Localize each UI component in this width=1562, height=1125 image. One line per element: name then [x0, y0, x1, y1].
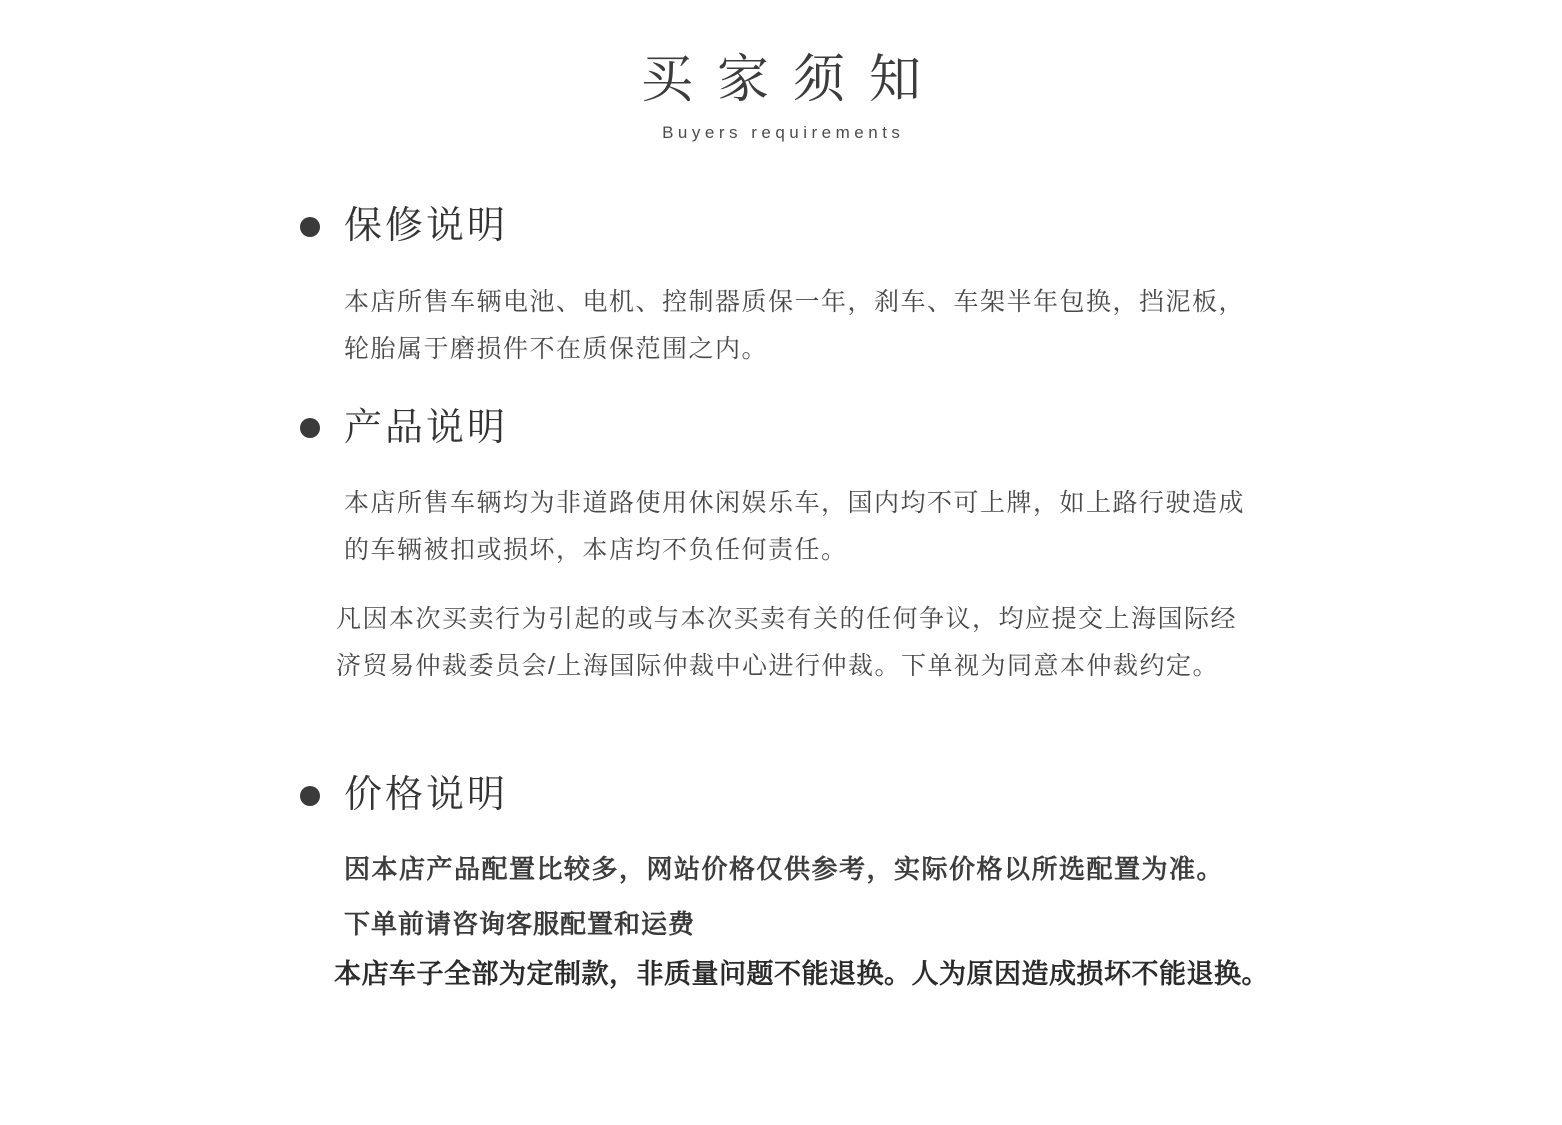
product-paragraph-usage: 本店所售车辆均为非道路使用休闲娱乐车，国内均不可上牌，如上路行驶造成 的车辆被扣…: [344, 480, 1310, 574]
product-paragraph-arbitration: 凡因本次买卖行为引起的或与本次买卖有关的任何争议，均应提交上海国际经 济贸易仲裁…: [336, 596, 1310, 690]
bullet-icon: [300, 418, 320, 438]
section-price: 价格说明 因本店产品配置比较多，网站价格仅供参考，实际价格以所选配置为准。 下单…: [300, 772, 1310, 998]
page-title: 买家须知: [0, 52, 1562, 109]
bullet-icon: [300, 786, 320, 806]
section-price-heading: 价格说明: [344, 772, 508, 820]
section-warranty-heading: 保修说明: [344, 203, 508, 251]
section-product: 产品说明 本店所售车辆均为非道路使用休闲娱乐车，国内均不可上牌，如上路行驶造成 …: [300, 405, 1310, 691]
section-warranty-heading-row: 保修说明: [300, 203, 1310, 251]
warranty-paragraph: 本店所售车辆电池、电机、控制器质保一年，刹车、车架半年包换，挡泥板， 轮胎属于磨…: [344, 279, 1310, 373]
page-subtitle: Buyers requirements: [0, 123, 1562, 143]
section-warranty-body: 本店所售车辆电池、电机、控制器质保一年，刹车、车架半年包换，挡泥板， 轮胎属于磨…: [344, 279, 1310, 373]
section-product-heading-row: 产品说明: [300, 405, 1310, 453]
section-price-heading-row: 价格说明: [300, 772, 1310, 820]
section-price-body: 因本店产品配置比较多，网站价格仅供参考，实际价格以所选配置为准。 下单前请咨询客…: [344, 844, 1310, 998]
price-paragraph-config: 因本店产品配置比较多，网站价格仅供参考，实际价格以所选配置为准。: [344, 844, 1310, 894]
section-warranty: 保修说明 本店所售车辆电池、电机、控制器质保一年，刹车、车架半年包换，挡泥板， …: [300, 203, 1310, 373]
price-paragraph-consult: 下单前请咨询客服配置和运费: [344, 900, 1310, 948]
notice-content: 保修说明 本店所售车辆电池、电机、控制器质保一年，刹车、车架半年包换，挡泥板， …: [300, 203, 1310, 998]
price-paragraph-custom-no-return: 本店车子全部为定制款，非质量问题不能退换。人为原因造成损坏不能退换。: [334, 950, 1310, 998]
bullet-icon: [300, 217, 320, 237]
section-product-heading: 产品说明: [344, 405, 508, 453]
page-header: 买家须知 Buyers requirements: [0, 0, 1562, 143]
section-product-body: 本店所售车辆均为非道路使用休闲娱乐车，国内均不可上牌，如上路行驶造成 的车辆被扣…: [344, 480, 1310, 690]
